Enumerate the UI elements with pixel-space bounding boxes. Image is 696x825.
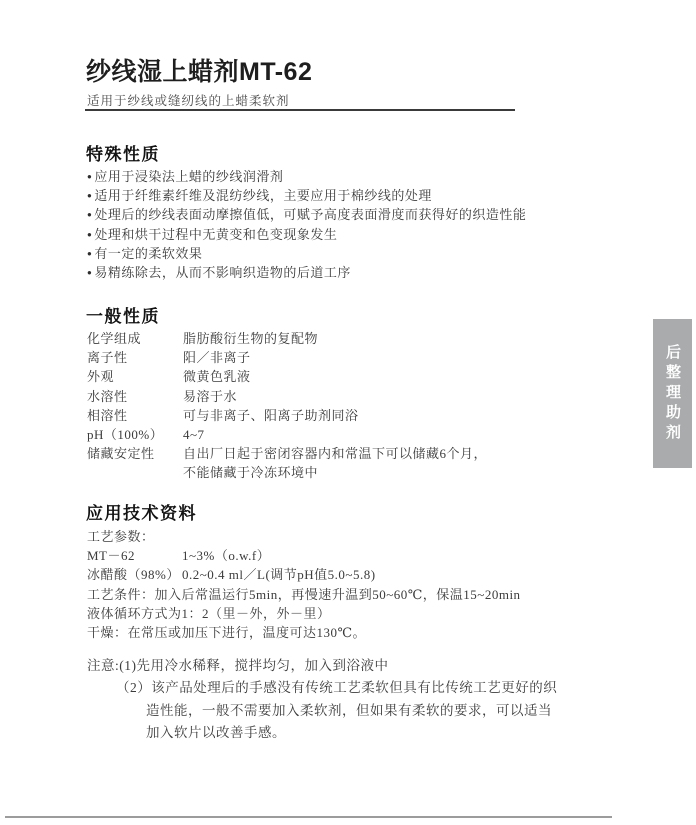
page-subtitle: 适用于纱线或缝纫线的上蜡柔软剂 [87,91,290,109]
list-item: ●应用于浸染法上蜡的纱线润滑剂 [87,167,627,186]
note-line: 造性能，一般不需要加入柔软剂，但如果有柔软的要求，可以适当 [87,700,647,722]
category-side-tab: 后整理助剂 [653,319,692,468]
list-item-text: 有一定的柔软效果 [94,246,202,261]
document-page: 纱线湿上蜡剂MT-62 适用于纱线或缝纫线的上蜡柔软剂 特殊性质 ●应用于浸染法… [0,0,696,825]
property-row: 离子性 阳／非离子 [87,348,647,367]
dosage-row: MT－62 1~3%（o.w.f） [87,546,667,565]
process-condition-line: 干燥：在常压或加压下进行，温度可达130℃。 [87,623,667,642]
list-item: ●易精练除去，从而不影响织造物的后道工序 [87,263,627,282]
property-row: 外观 微黄色乳液 [87,367,647,386]
list-item: ●适用于纤维素纤维及混纺纱线，主要应用于棉纱线的处理 [87,186,627,205]
special-properties-list: ●应用于浸染法上蜡的纱线润滑剂 ●适用于纤维素纤维及混纺纱线，主要应用于棉纱线的… [87,167,627,282]
dosage-label: MT－62 [87,546,182,565]
list-item: ●处理和烘干过程中无黄变和色变现象发生 [87,225,627,244]
dosage-value: 1~3%（o.w.f） [182,546,270,565]
header-rule [85,109,515,111]
property-value-line: 不能储藏于冷冻环境中 [183,463,647,482]
dosage-label: 冰醋酸（98%） [87,565,182,584]
note-line: 加入软片以改善手感。 [87,722,647,744]
list-item-text: 应用于浸染法上蜡的纱线润滑剂 [94,169,283,184]
bullet-icon: ● [87,249,92,258]
footer-rule [5,816,612,818]
section-heading-general-properties: 一般性质 [86,302,160,327]
property-label: pH（100%） [87,425,183,444]
page-title: 纱线湿上蜡剂MT-62 [86,52,312,88]
property-value: 自出厂日起于密闭容器内和常温下可以储藏6个月， 不能储藏于冷冻环境中 [183,444,647,482]
list-item-text: 适用于纤维素纤维及混纺纱线，主要应用于棉纱线的处理 [94,188,432,203]
process-params-label: 工艺参数： [87,527,667,546]
property-value-line: 自出厂日起于密闭容器内和常温下可以储藏6个月， [183,444,647,463]
property-label: 化学组成 [87,329,183,348]
category-side-tab-label: 后整理助剂 [662,344,683,444]
property-label: 相溶性 [87,406,183,425]
bullet-icon: ● [87,191,92,200]
dosage-row: 冰醋酸（98%） 0.2~0.4 ml／L(调节pH值5.0~5.8) [87,565,667,584]
property-label: 储藏安定性 [87,444,183,482]
property-value: 微黄色乳液 [183,367,647,386]
property-value: 易溶于水 [183,387,647,406]
list-item: ●有一定的柔软效果 [87,244,627,263]
process-condition-line: 工艺条件：加入后常温运行5min，再慢速升温到50~60℃，保温15~20min [87,585,667,604]
application-data-block: 工艺参数： MT－62 1~3%（o.w.f） 冰醋酸（98%） 0.2~0.4… [87,527,667,642]
property-value: 可与非离子、阳离子助剂同浴 [183,406,647,425]
property-row: 化学组成 脂肪酸衍生物的复配物 [87,329,647,348]
bullet-icon: ● [87,268,92,277]
bullet-icon: ● [87,230,92,239]
property-label: 外观 [87,367,183,386]
process-condition-line: 液体循环方式为1：2（里－外，外－里） [87,604,667,623]
general-properties-table: 化学组成 脂肪酸衍生物的复配物 离子性 阳／非离子 外观 微黄色乳液 水溶性 易… [87,329,647,483]
section-heading-special-properties: 特殊性质 [86,140,160,165]
property-label: 水溶性 [87,387,183,406]
note-line: 注意:(1)先用冷水稀释，搅拌均匀，加入到浴液中 [87,655,647,677]
property-value: 4~7 [183,425,647,444]
section-heading-application-data: 应用技术资料 [86,499,197,524]
property-value: 脂肪酸衍生物的复配物 [183,329,647,348]
property-row: 储藏安定性 自出厂日起于密闭容器内和常温下可以储藏6个月， 不能储藏于冷冻环境中 [87,444,647,482]
note-line: （2）该产品处理后的手感没有传统工艺柔软但具有比传统工艺更好的织 [87,677,647,699]
property-value: 阳／非离子 [183,348,647,367]
list-item-text: 处理后的纱线表面动摩擦值低，可赋予高度表面滑度而获得好的织造性能 [94,207,526,222]
bullet-icon: ● [87,210,92,219]
property-label: 离子性 [87,348,183,367]
notes-block: 注意:(1)先用冷水稀释，搅拌均匀，加入到浴液中 （2）该产品处理后的手感没有传… [87,655,647,744]
list-item-text: 易精练除去，从而不影响织造物的后道工序 [94,265,351,280]
list-item: ●处理后的纱线表面动摩擦值低，可赋予高度表面滑度而获得好的织造性能 [87,205,627,224]
list-item-text: 处理和烘干过程中无黄变和色变现象发生 [94,227,337,242]
dosage-value: 0.2~0.4 ml／L(调节pH值5.0~5.8) [182,565,376,584]
property-row: 水溶性 易溶于水 [87,387,647,406]
bullet-icon: ● [87,172,92,181]
property-row: 相溶性 可与非离子、阳离子助剂同浴 [87,406,647,425]
property-row: pH（100%） 4~7 [87,425,647,444]
